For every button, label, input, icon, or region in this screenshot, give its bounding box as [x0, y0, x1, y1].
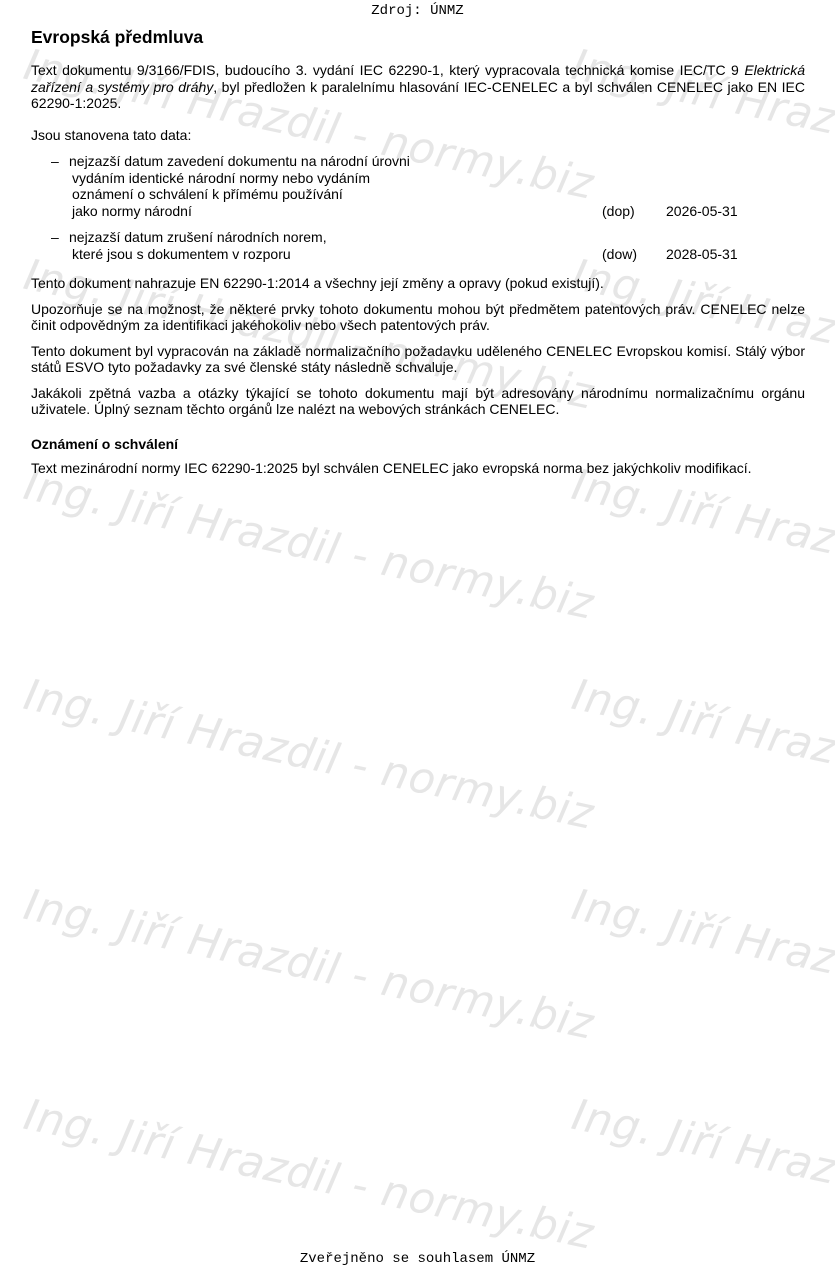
published-footer: Zveřejněno se souhlasem ÚNMZ [0, 1251, 835, 1267]
feedback-paragraph: Jakákoli zpětná vazba a otázky týkající … [31, 385, 805, 418]
date-value: 2028-05-31 [666, 246, 738, 263]
date-item-dop: – nejzazší datum zavedení dokumentu na n… [31, 153, 805, 219]
date-item-dow: – nejzazší datum zrušení národních norem… [31, 229, 805, 262]
watermark-text: Ing. Jiří Hrazdil - normy.biz [20, 880, 598, 1050]
page-title: Evropská předmluva [31, 26, 805, 48]
intro-text: Text dokumentu 9/3166/FDIS, budoucího 3.… [31, 62, 744, 78]
dates-intro: Jsou stanovena tato data: [31, 127, 805, 144]
watermark-text: Ing. Jiří Hrazdil - normy.biz [568, 880, 835, 1050]
date-description: nejzazší datum zrušení národních norem, … [72, 229, 452, 262]
source-header: Zdroj: ÚNMZ [0, 3, 835, 19]
endorsement-heading: Oznámení o schválení [31, 436, 805, 453]
mandate-paragraph: Tento dokument byl vypracován na základě… [31, 343, 805, 376]
dash-bullet: – [51, 229, 59, 246]
intro-paragraph: Text dokumentu 9/3166/FDIS, budoucího 3.… [31, 62, 805, 112]
watermark-text: Ing. Jiří Hrazdil - normy.biz [20, 1090, 598, 1260]
dash-bullet: – [51, 153, 59, 170]
date-abbreviation: (dop) [602, 203, 635, 220]
endorsement-text: Text mezinárodní normy IEC 62290-1:2025 … [31, 460, 805, 477]
document-page: Evropská předmluva Text dokumentu 9/3166… [31, 26, 805, 486]
watermark-text: Ing. Jiří Hrazdil - normy.biz [568, 1090, 835, 1260]
date-abbreviation: (dow) [602, 246, 637, 263]
replacement-paragraph: Tento dokument nahrazuje EN 62290-1:2014… [31, 275, 805, 292]
date-value: 2026-05-31 [666, 203, 738, 220]
watermark-text: Ing. Jiří Hrazdil - normy.biz [568, 670, 835, 840]
watermark-text: Ing. Jiří Hrazdil - normy.biz [20, 670, 598, 840]
patent-paragraph: Upozorňuje se na možnost, že některé prv… [31, 301, 805, 334]
date-description: nejzazší datum zavedení dokumentu na nár… [72, 153, 452, 219]
